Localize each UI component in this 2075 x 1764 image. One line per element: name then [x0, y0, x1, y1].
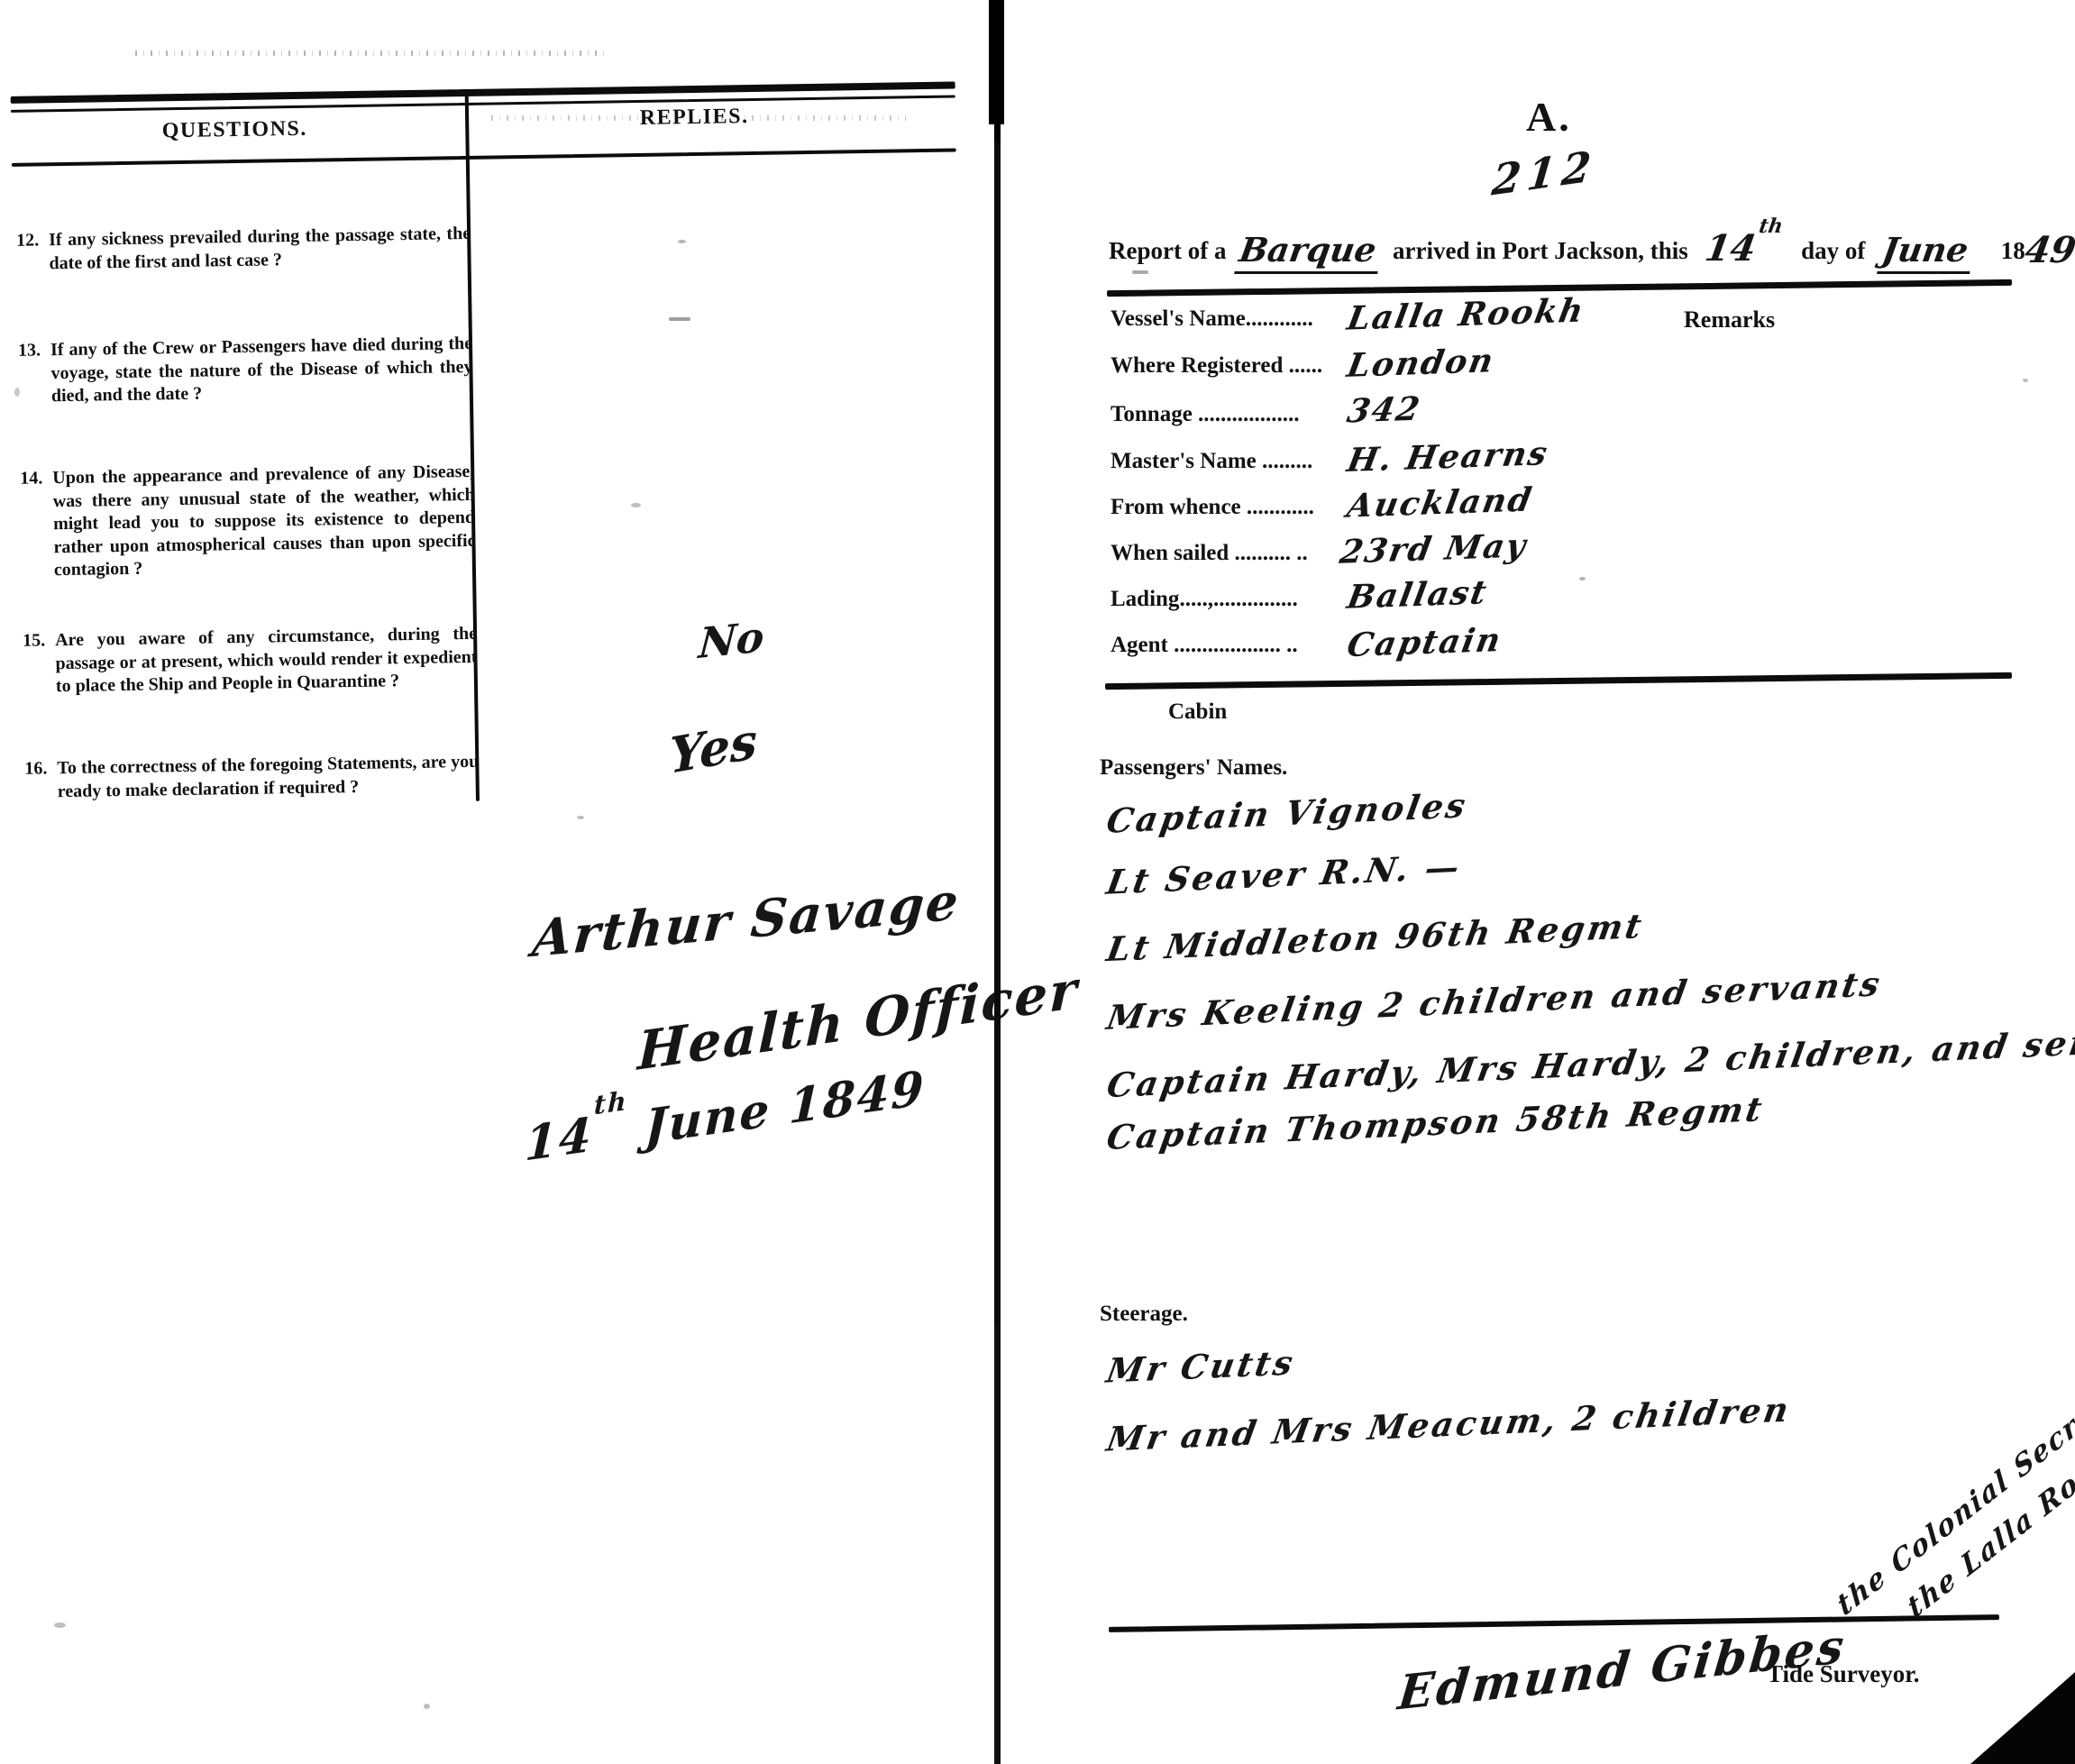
arrival-year-handwritten: 49 — [2022, 229, 2075, 271]
report-printed-4: 18 — [2001, 237, 2025, 264]
field-value-lading: Ballast — [1344, 573, 1491, 617]
corner-annotation: the Colonial Secretary the Lalla Rookh — [1830, 1335, 2075, 1657]
field-value-when-sailed: 23rd May — [1337, 526, 1530, 571]
field-label-where-registered: Where Registered ...... — [1111, 353, 1322, 379]
right-page: A. 212 Report of a Barque arrived in Por… — [995, 0, 2075, 1764]
field-value-tonnage: 342 — [1344, 389, 1424, 430]
question-number: 12. — [16, 229, 39, 252]
scan-noise — [678, 240, 686, 243]
cabin-passenger-line: Lt Middleton 96th Regmt — [1104, 906, 1648, 969]
field-label-when-sailed: When sailed .......... .. — [1111, 541, 1308, 566]
question-text: Are you aware of any circumstance, durin… — [23, 623, 478, 699]
questions-column-header: QUESTIONS. — [63, 115, 406, 145]
question-number: 16. — [24, 757, 47, 781]
scan-noise — [491, 115, 906, 121]
scanned-document: QUESTIONS. REPLIES. 12. If any sickness … — [0, 0, 2075, 1764]
question-number: 15. — [23, 629, 45, 653]
scan-noise — [1132, 270, 1148, 274]
passengers-names-header: Passengers' Names. — [1100, 755, 1287, 781]
report-headline: Report of a Barque arrived in Port Jacks… — [1109, 225, 2055, 271]
dotted-leader: .......... .. — [1235, 541, 1308, 565]
steerage-passenger-line: Mr and Mrs Meacum, 2 children — [1104, 1389, 1795, 1458]
field-label-vessels-name: Vessel's Name............ — [1111, 306, 1313, 332]
cabin-passenger-line: Lt Seaver R.N. — — [1103, 846, 1465, 902]
question-item-15: 15. Are you aware of any circumstance, d… — [23, 623, 478, 699]
scan-noise — [631, 503, 641, 507]
field-label-agent: Agent ................... .. — [1111, 633, 1298, 658]
report-printed-3: day of — [1801, 237, 1865, 264]
field-label-lading: Lading.....,............... — [1111, 587, 1298, 612]
tide-surveyor-title: Tide Surveyor. — [1767, 1660, 1920, 1688]
form-number: 212 — [1490, 141, 1600, 206]
table-header-bottom-rule — [12, 148, 956, 166]
scan-noise — [424, 1704, 430, 1709]
health-officer-signature-date: 14th June 1849 — [524, 1060, 926, 1172]
arrival-day-handwritten: 14th — [1702, 227, 1782, 270]
scan-noise — [1579, 577, 1586, 580]
section-rule — [1105, 672, 2012, 690]
scan-noise — [2023, 379, 2028, 382]
field-label-from-whence: From whence ............ — [1111, 495, 1314, 520]
cabin-passenger-line: Captain Vignoles — [1103, 785, 1470, 841]
dotted-leader: .....,............... — [1179, 587, 1297, 611]
steerage-section-header: Steerage. — [1100, 1302, 1188, 1327]
question-text: If any sickness prevailed during the pas… — [16, 223, 471, 276]
remarks-column-header: Remarks — [1684, 306, 1775, 334]
field-value-agent: Captain — [1344, 621, 1504, 664]
field-value-masters-name: H. Hearns — [1344, 434, 1551, 480]
questions-table: QUESTIONS. REPLIES. 12. If any sickness … — [8, 47, 975, 824]
question-number: 14. — [20, 467, 42, 490]
cabin-section-header: Cabin — [1168, 699, 1227, 725]
field-value-from-whence: Auckland — [1344, 480, 1536, 525]
scan-noise — [54, 1622, 66, 1628]
field-label-tonnage: Tonnage .................. — [1111, 402, 1300, 427]
question-item-13: 13. If any of the Crew or Passengers hav… — [18, 333, 473, 409]
question-text: If any of the Crew or Passengers have di… — [18, 333, 473, 409]
field-value-where-registered: London — [1344, 342, 1497, 385]
cabin-passenger-line: Captain Hardy, Mrs Hardy, 2 children, an… — [1104, 1019, 2075, 1105]
cabin-passenger-line: Mrs Keeling 2 children and servants — [1104, 964, 1886, 1037]
arrival-month-handwritten: June — [1877, 230, 1977, 274]
arrival-day-ordinal: th — [1757, 215, 1784, 238]
scan-noise — [669, 317, 690, 321]
question-text: Upon the appearance and prevalence of an… — [20, 461, 476, 583]
left-page: QUESTIONS. REPLIES. 12. If any sickness … — [0, 0, 992, 1764]
table-column-divider — [465, 91, 480, 801]
field-label-masters-name: Master's Name ......... — [1111, 449, 1312, 474]
scan-noise — [14, 388, 20, 397]
signature-date-day: 14 — [524, 1107, 594, 1173]
dotted-leader: ................... .. — [1174, 633, 1298, 657]
dotted-leader: ............ — [1246, 306, 1313, 331]
report-printed-2: arrived in Port Jackson, this — [1393, 237, 1688, 264]
question-number: 13. — [18, 339, 41, 362]
health-officer-signature-name: Arthur Savage — [530, 872, 963, 969]
question-item-14: 14. Upon the appearance and prevalence o… — [20, 461, 476, 583]
form-letter-heading: A. — [1526, 93, 1572, 141]
question-item-12: 12. If any sickness prevailed during the… — [16, 223, 471, 276]
scan-noise — [135, 50, 604, 56]
scan-noise — [577, 816, 584, 819]
dotted-leader: ......... — [1262, 449, 1312, 473]
reply-quarantine-no: No — [697, 612, 765, 668]
dotted-leader: ............ — [1247, 495, 1314, 519]
field-value-vessels-name: Lalla Rookh — [1344, 291, 1587, 337]
dotted-leader: .................. — [1198, 402, 1300, 426]
question-item-16: 16. To the correctness of the foregoing … — [24, 751, 480, 804]
table-top-rule-outer — [11, 81, 955, 103]
dotted-leader: ...... — [1289, 353, 1323, 378]
question-text: To the correctness of the foregoing Stat… — [24, 751, 480, 804]
steerage-passenger-line: Mr Cutts — [1103, 1342, 1298, 1390]
signature-date-ordinal: th — [593, 1085, 628, 1121]
vessel-type-handwritten: Barque — [1234, 230, 1385, 274]
report-printed-1: Report of a — [1109, 237, 1226, 264]
